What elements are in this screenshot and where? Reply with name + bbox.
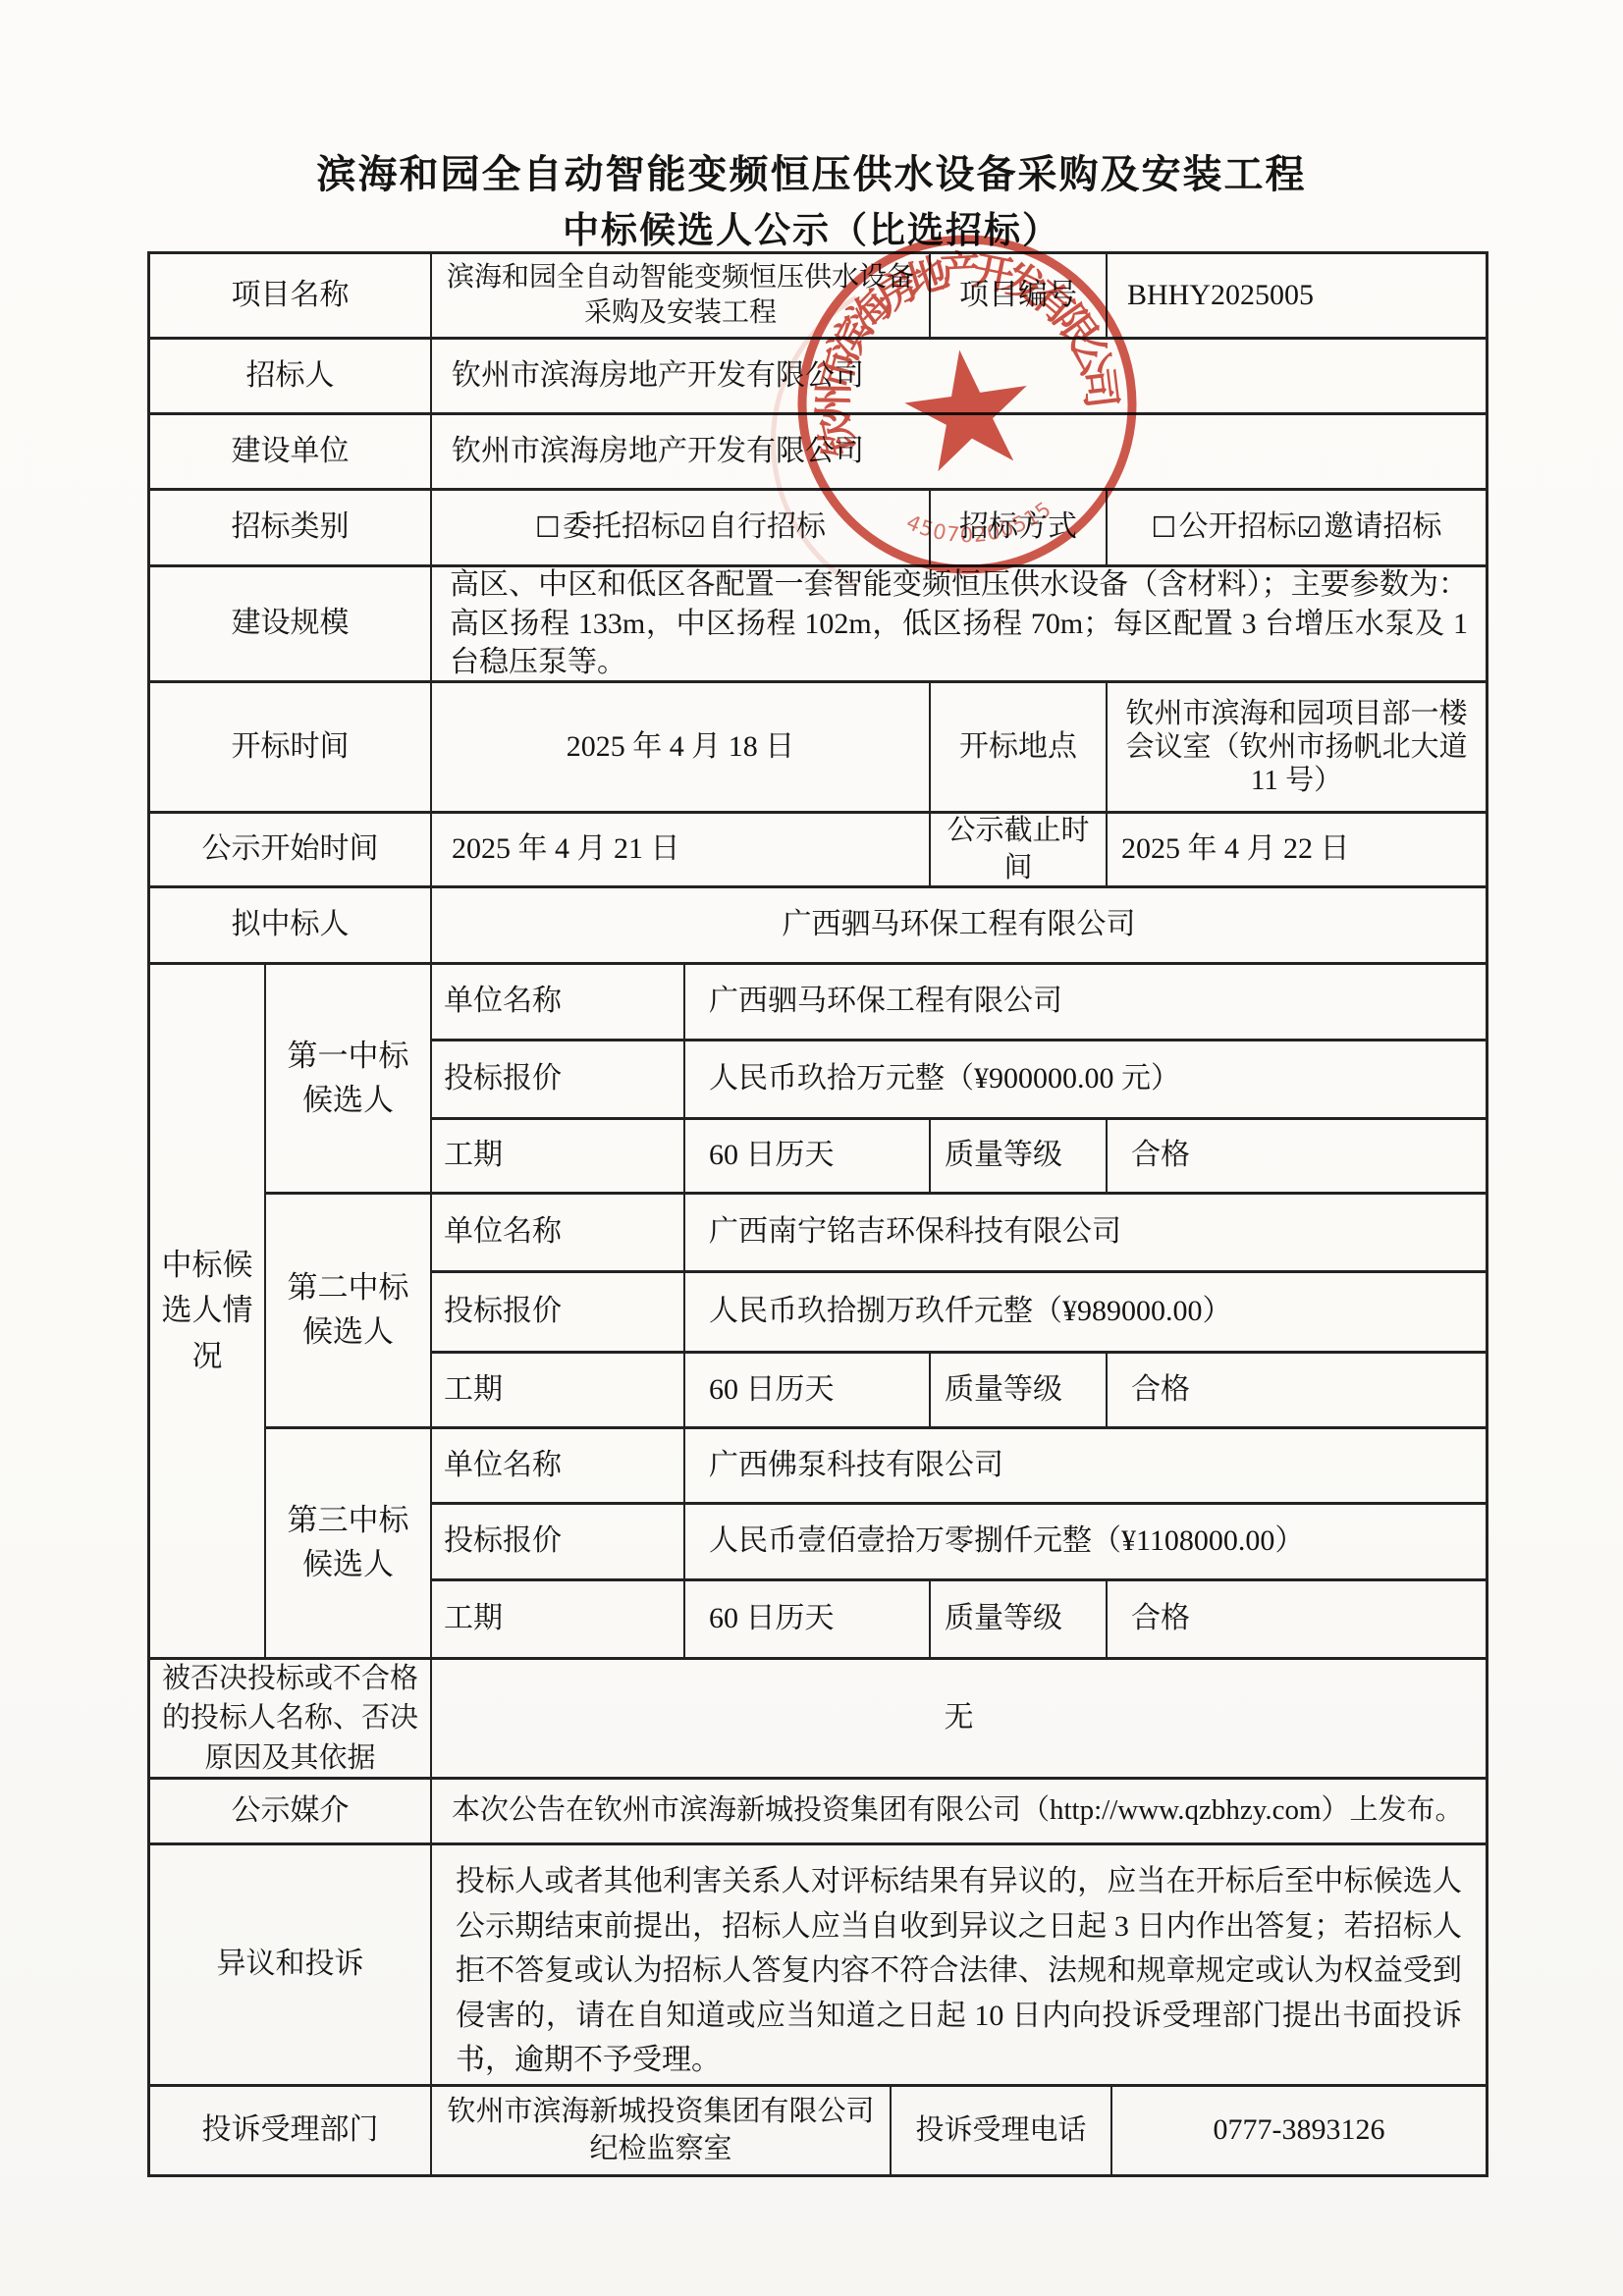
- open-time-value: 2025 年 4 月 18 日: [432, 683, 931, 811]
- candidate-2-unit: 广西南宁铭吉环保科技有限公司: [685, 1195, 1486, 1270]
- candidate-1-rows: 单位名称 广西驷马环保工程有限公司 投标报价 人民币玖拾万元整（¥900000.…: [432, 965, 1486, 1192]
- candidate-3-price: 人民币壹佰壹拾万零捌仟元整（¥1108000.00）: [685, 1505, 1486, 1578]
- rejected-value: 无: [432, 1660, 1486, 1777]
- announcement-table: 项目名称 滨海和园全自动智能变频恒压供水设备采购及安装工程 项目编号 BHHY2…: [147, 251, 1488, 2177]
- candidate-2-rank: 第二中标候选人: [266, 1195, 432, 1426]
- table-row-builder: 建设单位 钦州市滨海房地产开发有限公司: [150, 415, 1486, 491]
- proposed-winner-label: 拟中标人: [150, 888, 432, 962]
- candidate-1-rank: 第一中标候选人: [266, 965, 432, 1192]
- checkbox-unchecked-icon: ☐: [1152, 509, 1177, 546]
- document-title-line2: 中标候选人公示（比选招标）: [0, 200, 1623, 253]
- candidate-block-3: 第三中标候选人 单位名称 广西佛泵科技有限公司 投标报价 人民币壹佰壹拾万零捌仟…: [266, 1429, 1486, 1657]
- candidate-2-quality: 合格: [1108, 1354, 1481, 1426]
- unit-name-label: 单位名称: [432, 1195, 685, 1270]
- table-row-objection: 异议和投诉 投标人或者其他利害关系人对评标结果有异议的，应当在开标后至中标候选人…: [150, 1845, 1486, 2087]
- bid-method-option-open: 公开招标: [1179, 508, 1297, 546]
- publicity-end-label: 公示截止时间: [931, 814, 1108, 885]
- duration-label: 工期: [432, 1120, 685, 1192]
- media-label: 公示媒介: [150, 1780, 432, 1842]
- unit-name-label: 单位名称: [432, 1429, 685, 1502]
- table-row-media: 公示媒介 本次公告在钦州市滨海新城投资集团有限公司（http://www.qzb…: [150, 1780, 1486, 1845]
- quality-grade-label: 质量等级: [931, 1120, 1108, 1192]
- checkbox-unchecked-icon: ☐: [535, 509, 561, 546]
- bid-method-option-invited: 邀请招标: [1325, 508, 1442, 546]
- candidates-section: 中标候选人情况 第一中标候选人 单位名称 广西驷马环保工程有限公司 投标报价 人…: [150, 965, 1486, 1660]
- candidate-1-price-row: 投标报价 人民币玖拾万元整（¥900000.00 元）: [432, 1041, 1486, 1120]
- table-row-opening: 开标时间 2025 年 4 月 18 日 开标地点 钦州市滨海和园项目部一楼会议…: [150, 683, 1486, 814]
- objection-label: 异议和投诉: [150, 1845, 432, 2084]
- table-row-tenderer: 招标人 钦州市滨海房地产开发有限公司: [150, 340, 1486, 415]
- table-row-complaint: 投诉受理部门 钦州市滨海新城投资集团有限公司纪检监察室 投诉受理电话 0777-…: [150, 2087, 1486, 2174]
- candidate-3-rows: 单位名称 广西佛泵科技有限公司 投标报价 人民币壹佰壹拾万零捌仟元整（¥1108…: [432, 1429, 1486, 1657]
- bid-category-value: ☐委托招标☑自行招标: [432, 491, 931, 564]
- candidate-2-price-row: 投标报价 人民币玖拾捌万玖仟元整（¥989000.00）: [432, 1273, 1486, 1354]
- bid-price-label: 投标报价: [432, 1505, 685, 1578]
- open-place-value: 钦州市滨海和园项目部一楼会议室（钦州市扬帆北大道 11 号）: [1108, 683, 1486, 811]
- bid-price-label: 投标报价: [432, 1273, 685, 1351]
- project-no-value: BHHY2025005: [1108, 254, 1486, 337]
- candidate-2-rows: 单位名称 广西南宁铭吉环保科技有限公司 投标报价 人民币玖拾捌万玖仟元整（¥98…: [432, 1195, 1486, 1426]
- bid-category-option-entrusted: 委托招标: [563, 508, 680, 546]
- project-name-value: 滨海和园全自动智能变频恒压供水设备采购及安装工程: [432, 254, 931, 337]
- builder-value: 钦州市滨海房地产开发有限公司: [432, 415, 1486, 488]
- table-row-scale: 建设规模 高区、中区和低区各配置一套智能变频恒压供水设备（含材料）；主要参数为：…: [150, 567, 1486, 683]
- scale-label: 建设规模: [150, 567, 432, 680]
- candidate-1-unit-row: 单位名称 广西驷马环保工程有限公司: [432, 965, 1486, 1041]
- tenderer-label: 招标人: [150, 340, 432, 412]
- open-time-label: 开标时间: [150, 683, 432, 811]
- table-row-publicity: 公示开始时间 2025 年 4 月 21 日 公示截止时间 2025 年 4 月…: [150, 814, 1486, 888]
- complaint-phone-label: 投诉受理电话: [892, 2087, 1112, 2174]
- bid-category-options: ☐委托招标☑自行招标: [535, 508, 826, 546]
- bid-category-option-self: 自行招标: [708, 508, 826, 546]
- candidate-block-1: 第一中标候选人 单位名称 广西驷马环保工程有限公司 投标报价 人民币玖拾万元整（…: [266, 965, 1486, 1195]
- candidate-1-duration-row: 工期 60 日历天 质量等级 合格: [432, 1120, 1486, 1192]
- candidate-2-price: 人民币玖拾捌万玖仟元整（¥989000.00）: [685, 1273, 1486, 1351]
- proposed-winner-value: 广西驷马环保工程有限公司: [432, 888, 1486, 962]
- candidates-section-label: 中标候选人情况: [150, 965, 266, 1657]
- candidates-list: 第一中标候选人 单位名称 广西驷马环保工程有限公司 投标报价 人民币玖拾万元整（…: [266, 965, 1486, 1657]
- bid-method-options: ☐公开招标☑邀请招标: [1152, 508, 1442, 546]
- complaint-phone-value: 0777-3893126: [1112, 2087, 1486, 2174]
- objection-value: 投标人或者其他利害关系人对评标结果有异议的，应当在开标后至中标候选人公示期结束前…: [432, 1845, 1486, 2084]
- bid-category-label: 招标类别: [150, 491, 432, 564]
- candidate-1-duration: 60 日历天: [685, 1120, 931, 1192]
- candidate-3-unit: 广西佛泵科技有限公司: [685, 1429, 1486, 1502]
- table-row-bid-category: 招标类别 ☐委托招标☑自行招标 招标方式 ☐公开招标☑邀请招标: [150, 491, 1486, 567]
- complaint-dept-label: 投诉受理部门: [150, 2087, 432, 2174]
- candidate-3-duration: 60 日历天: [685, 1581, 931, 1657]
- candidate-3-price-row: 投标报价 人民币壹佰壹拾万零捌仟元整（¥1108000.00）: [432, 1505, 1486, 1581]
- document-page: 滨海和园全自动智能变频恒压供水设备采购及安装工程 中标候选人公示（比选招标） 项…: [0, 0, 1623, 2296]
- candidate-2-duration-row: 工期 60 日历天 质量等级 合格: [432, 1354, 1486, 1426]
- unit-name-label: 单位名称: [432, 965, 685, 1039]
- table-row-rejected: 被否决投标或不合格的投标人名称、否决原因及其依据 无: [150, 1660, 1486, 1780]
- candidate-block-2: 第二中标候选人 单位名称 广西南宁铭吉环保科技有限公司 投标报价 人民币玖拾捌万…: [266, 1195, 1486, 1429]
- duration-label: 工期: [432, 1354, 685, 1426]
- publicity-start-value: 2025 年 4 月 21 日: [432, 814, 931, 885]
- candidate-3-duration-row: 工期 60 日历天 质量等级 合格: [432, 1581, 1486, 1657]
- candidate-3-unit-row: 单位名称 广西佛泵科技有限公司: [432, 1429, 1486, 1505]
- publicity-start-label: 公示开始时间: [150, 814, 432, 885]
- quality-grade-label: 质量等级: [931, 1581, 1108, 1657]
- publicity-end-value: 2025 年 4 月 22 日: [1108, 814, 1486, 885]
- document-title-line1: 滨海和园全自动智能变频恒压供水设备采购及安装工程: [0, 143, 1623, 199]
- checkbox-checked-icon: ☑: [1297, 509, 1323, 546]
- table-row-proposed-winner: 拟中标人 广西驷马环保工程有限公司: [150, 888, 1486, 965]
- candidate-3-quality: 合格: [1108, 1581, 1481, 1657]
- candidate-3-rank: 第三中标候选人: [266, 1429, 432, 1657]
- candidate-1-unit: 广西驷马环保工程有限公司: [685, 965, 1486, 1039]
- bid-method-value: ☐公开招标☑邀请招标: [1108, 491, 1486, 564]
- checkbox-checked-icon: ☑: [680, 509, 706, 546]
- tenderer-value: 钦州市滨海房地产开发有限公司: [432, 340, 1486, 412]
- open-place-label: 开标地点: [931, 683, 1108, 811]
- complaint-dept-value: 钦州市滨海新城投资集团有限公司纪检监察室: [432, 2087, 892, 2174]
- scale-value: 高区、中区和低区各配置一套智能变频恒压供水设备（含材料）；主要参数为：高区扬程 …: [432, 567, 1486, 680]
- quality-grade-label: 质量等级: [931, 1354, 1108, 1426]
- bid-price-label: 投标报价: [432, 1041, 685, 1117]
- builder-label: 建设单位: [150, 415, 432, 488]
- candidate-2-duration: 60 日历天: [685, 1354, 931, 1426]
- rejected-label: 被否决投标或不合格的投标人名称、否决原因及其依据: [150, 1660, 432, 1777]
- candidate-1-quality: 合格: [1108, 1120, 1481, 1192]
- media-value: 本次公告在钦州市滨海新城投资集团有限公司（http://www.qzbhzy.c…: [432, 1780, 1486, 1842]
- project-name-label: 项目名称: [150, 254, 432, 337]
- candidate-2-unit-row: 单位名称 广西南宁铭吉环保科技有限公司: [432, 1195, 1486, 1273]
- table-row-project: 项目名称 滨海和园全自动智能变频恒压供水设备采购及安装工程 项目编号 BHHY2…: [150, 254, 1486, 340]
- bid-method-label: 招标方式: [931, 491, 1108, 564]
- duration-label: 工期: [432, 1581, 685, 1657]
- project-no-label: 项目编号: [931, 254, 1108, 337]
- candidate-1-price: 人民币玖拾万元整（¥900000.00 元）: [685, 1041, 1486, 1117]
